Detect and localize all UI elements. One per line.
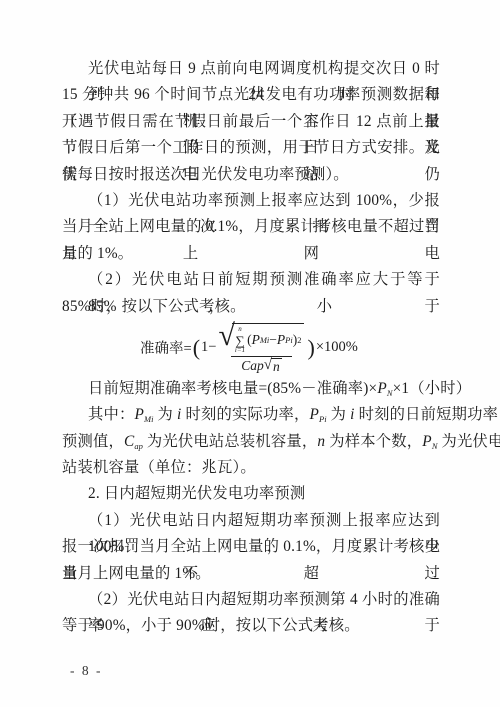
subscript-pi: Pi <box>285 335 293 345</box>
formula-close-paren: ) <box>306 337 315 359</box>
formula-denominator: Cap√n <box>231 356 292 375</box>
variable-pn: P <box>422 433 432 450</box>
text-line: （2）光伏电站日前短期预测准确率应大于等于 85%，小于 <box>62 267 440 293</box>
paragraph-submission-requirements: 光伏电站每日 9 点前向电网调度机构提交次日 0 时到 24 时每 15 分钟共… <box>62 56 440 188</box>
sum-lower-limit: i=1 <box>235 347 245 355</box>
section-2-heading: 2. 日内超短期光伏发电功率预测 <box>62 481 440 507</box>
square-root: √ n ∑ i=1 (PMi−PPi)2 <box>218 323 304 354</box>
variable-p-measured: P <box>135 406 145 423</box>
paragraph-item-1-reporting-rate: （1）光伏电站功率预测上报率应达到 100%，少报一次扣罚 当月全站上网电量的 … <box>62 188 440 267</box>
formula-fraction: √ n ∑ i=1 (PMi−PPi)2 Cap√n <box>218 323 304 374</box>
paragraph-variable-definitions: 其中：PMi 为 i 时刻的实际功率，PPi 为 i 时刻的日前短期功率 预测值… <box>62 402 440 481</box>
assessment-energy-formula: 日前短期准确率考核电量=(85%－准确率)×PN×1（小时） <box>62 376 440 402</box>
text-line: 站装机容量（单位：兆瓦）。 <box>62 455 440 481</box>
page-number: - 8 - <box>70 663 103 679</box>
accuracy-formula: 准确率= ( 1− √ n ∑ i=1 (PMi−PPi)2 <box>62 320 440 376</box>
text-line: （1）光伏电站日内超短期功率预测上报率应达到 100%，少 <box>62 508 440 534</box>
variable-pn: P <box>377 380 387 397</box>
formula-one-minus: 1− <box>201 339 216 356</box>
variable-p-predicted: P <box>277 332 285 348</box>
sigma-sign: ∑ <box>235 334 244 347</box>
text-line: 报一次扣罚当月全站上网电量的 0.1%，月度累计考核电量不超过 <box>62 534 440 560</box>
text-line: 其中：PMi 为 i 时刻的实际功率，PPi 为 i 时刻的日前短期功率 <box>62 402 440 428</box>
formula-times-100pct: ×100% <box>316 339 358 356</box>
radicand-n: n <box>271 358 282 375</box>
text-line: 预测值，Cap 为光伏电站总装机容量，n 为样本个数，PN 为光伏电 <box>62 429 440 455</box>
document-body: 光伏电站每日 9 点前向电网调度机构提交次日 0 时到 24 时每 15 分钟共… <box>62 56 440 640</box>
text-line: （2）光伏电站日内超短期功率预测第 4 小时的准确率应大于 <box>62 587 440 613</box>
radical-sign: √ <box>218 321 234 351</box>
assessment-text-tail: ×1（小时） <box>393 380 472 397</box>
variable-p-predicted: P <box>310 406 320 423</box>
text-line: 光伏电站每日 9 点前向电网调度机构提交次日 0 时到 24 时每 <box>62 56 440 82</box>
text-line: （1）光伏电站功率预测上报率应达到 100%，少报一次扣罚 <box>62 188 440 214</box>
text-line: 15 分钟共 96 个时间节点光伏发电有功功率预测数据和开机容量 <box>62 82 440 108</box>
assessment-text: 日前短期准确率考核电量=(85%－准确率)× <box>88 380 377 397</box>
variable-cap: C <box>124 433 134 450</box>
formula-open-paren: ( <box>192 337 201 359</box>
formula-numerator: √ n ∑ i=1 (PMi−PPi)2 <box>218 323 304 355</box>
superscript-squared: 2 <box>297 335 301 345</box>
document-page: 光伏电站每日 9 点前向电网调度机构提交次日 0 时到 24 时每 15 分钟共… <box>0 0 500 707</box>
paragraph-section2-item-1: （1）光伏电站日内超短期功率预测上报率应达到 100%，少 报一次扣罚当月全站上… <box>62 508 440 587</box>
paragraph-section2-item-2: （2）光伏电站日内超短期功率预测第 4 小时的准确率应大于 等于 90%，小于 … <box>62 587 440 640</box>
text-line: 节假日后第一个工作日的预测，用于节日方式安排。光伏电站仍 <box>62 135 440 161</box>
variable-cap: Cap <box>241 358 264 374</box>
radicand: n ∑ i=1 (PMi−PPi)2 <box>232 323 305 354</box>
radical-sign: √ <box>264 358 272 373</box>
subscript-mi: Mi <box>260 335 269 345</box>
formula-lhs: 准确率= <box>140 337 192 358</box>
square-root-n: √n <box>264 358 282 375</box>
paragraph-item-2-accuracy-requirement: （2）光伏电站日前短期预测准确率应大于等于 85%，小于 85%时，按以下公式考… <box>62 267 440 320</box>
text-line: 当月全站上网电量的 0.1%，月度累计考核电量不超过当月上网电 <box>62 214 440 240</box>
summation-symbol: n ∑ i=1 <box>235 326 245 354</box>
text-line: （遇节假日需在节假日前最后一个工作日 12 点前上报节假日及 <box>62 109 440 135</box>
